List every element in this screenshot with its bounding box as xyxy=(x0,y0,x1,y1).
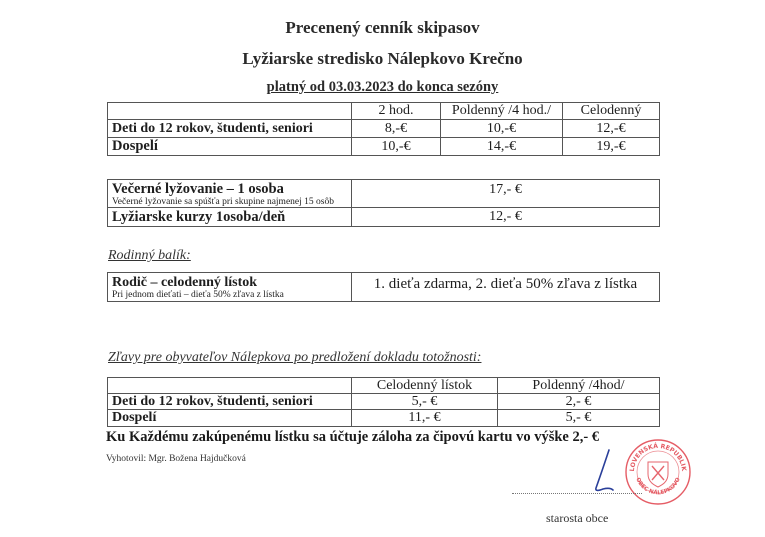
resort-name: Lyžiarske stredisko Nálepkovo Krečno xyxy=(0,49,765,69)
row-label: Rodič – celodenný lístok Pri jednom dieť… xyxy=(108,273,352,302)
table-header-row: 2 hod. Poldenný /4 hod./ Celodenný xyxy=(108,103,660,120)
price-cell: 12,-€ xyxy=(563,120,660,138)
signature-line xyxy=(512,493,642,494)
price-cell: 17,- € xyxy=(352,180,660,208)
price-cell: 10,-€ xyxy=(352,138,441,156)
table-row: Večerné lyžovanie – 1 osoba Večerné lyžo… xyxy=(108,180,660,208)
validity-date: platný od 03.03.2023 do konca sezóny xyxy=(0,79,765,96)
residents-table: Celodenný lístok Poldenný /4hod/ Deti do… xyxy=(107,377,660,427)
header-cell xyxy=(108,378,352,394)
row-label: Deti do 12 rokov, študenti, seniori xyxy=(108,120,352,138)
row-label: Lyžiarske kurzy 1osoba/deň xyxy=(108,208,352,227)
price-cell: 8,-€ xyxy=(352,120,441,138)
extra-price-table: Večerné lyžovanie – 1 osoba Večerné lyžo… xyxy=(107,179,660,227)
table-row: Rodič – celodenný lístok Pri jednom dieť… xyxy=(108,273,660,302)
family-note: Pri jednom dieťati – dieťa 50% zľava z l… xyxy=(112,291,347,301)
row-label: Dospelí xyxy=(108,138,352,156)
deposit-note: Ku Každému zakúpenému lístku sa účtuje z… xyxy=(106,429,599,446)
price-cell: 10,-€ xyxy=(441,120,563,138)
table-header-row: Celodenný lístok Poldenný /4hod/ xyxy=(108,378,660,394)
family-label: Rodič – celodenný lístok xyxy=(112,275,257,290)
signer-role: starosta obce xyxy=(546,511,608,526)
price-cell: 5,- € xyxy=(498,410,660,427)
residents-heading: Zľavy pre obyvateľov Nálepkova po predlo… xyxy=(108,350,481,366)
row-label: Dospelí xyxy=(108,410,352,427)
signature-icon xyxy=(585,448,625,496)
row-label: Deti do 12 rokov, študenti, seniori xyxy=(108,394,352,410)
header-cell: Poldenný /4 hod./ xyxy=(441,103,563,120)
header-cell: Celodenný lístok xyxy=(352,378,498,394)
header-cell xyxy=(108,103,352,120)
price-cell: 19,-€ xyxy=(563,138,660,156)
document-title: Precenený cenník skipasov xyxy=(0,18,765,38)
family-table: Rodič – celodenný lístok Pri jednom dieť… xyxy=(107,272,660,302)
header-cell: Poldenný /4hod/ xyxy=(498,378,660,394)
official-stamp-icon: SLOVENSKÁ REPUBLIKA OBEC NÁLEPKOVO xyxy=(624,438,692,506)
table-row: Dospelí 10,-€ 14,-€ 19,-€ xyxy=(108,138,660,156)
table-row: Deti do 12 rokov, študenti, seniori 5,- … xyxy=(108,394,660,410)
stamp-top-text: SLOVENSKÁ REPUBLIKA xyxy=(624,438,687,472)
main-price-table: 2 hod. Poldenný /4 hod./ Celodenný Deti … xyxy=(107,102,660,156)
row-label: Večerné lyžovanie – 1 osoba Večerné lyžo… xyxy=(108,180,352,208)
price-cell: 2,- € xyxy=(498,394,660,410)
prepared-by: Vyhotovil: Mgr. Božena Hajdučková xyxy=(106,454,246,464)
price-cell: 14,-€ xyxy=(441,138,563,156)
price-cell: 12,- € xyxy=(352,208,660,227)
svg-text:SLOVENSKÁ REPUBLIKA: SLOVENSKÁ REPUBLIKA xyxy=(624,438,687,472)
price-cell: 5,- € xyxy=(352,394,498,410)
family-heading: Rodinný balík: xyxy=(108,248,191,264)
table-row: Lyžiarske kurzy 1osoba/deň 12,- € xyxy=(108,208,660,227)
evening-skiing-note: Večerné lyžovanie sa spúšťa pri skupine … xyxy=(112,198,347,208)
family-value: 1. dieťa zdarma, 2. dieťa 50% zľava z lí… xyxy=(352,273,660,302)
price-cell: 11,- € xyxy=(352,410,498,427)
header-cell: 2 hod. xyxy=(352,103,441,120)
header-cell: Celodenný xyxy=(563,103,660,120)
table-row: Deti do 12 rokov, študenti, seniori 8,-€… xyxy=(108,120,660,138)
evening-skiing-label: Večerné lyžovanie – 1 osoba xyxy=(112,181,284,197)
table-row: Dospelí 11,- € 5,- € xyxy=(108,410,660,427)
